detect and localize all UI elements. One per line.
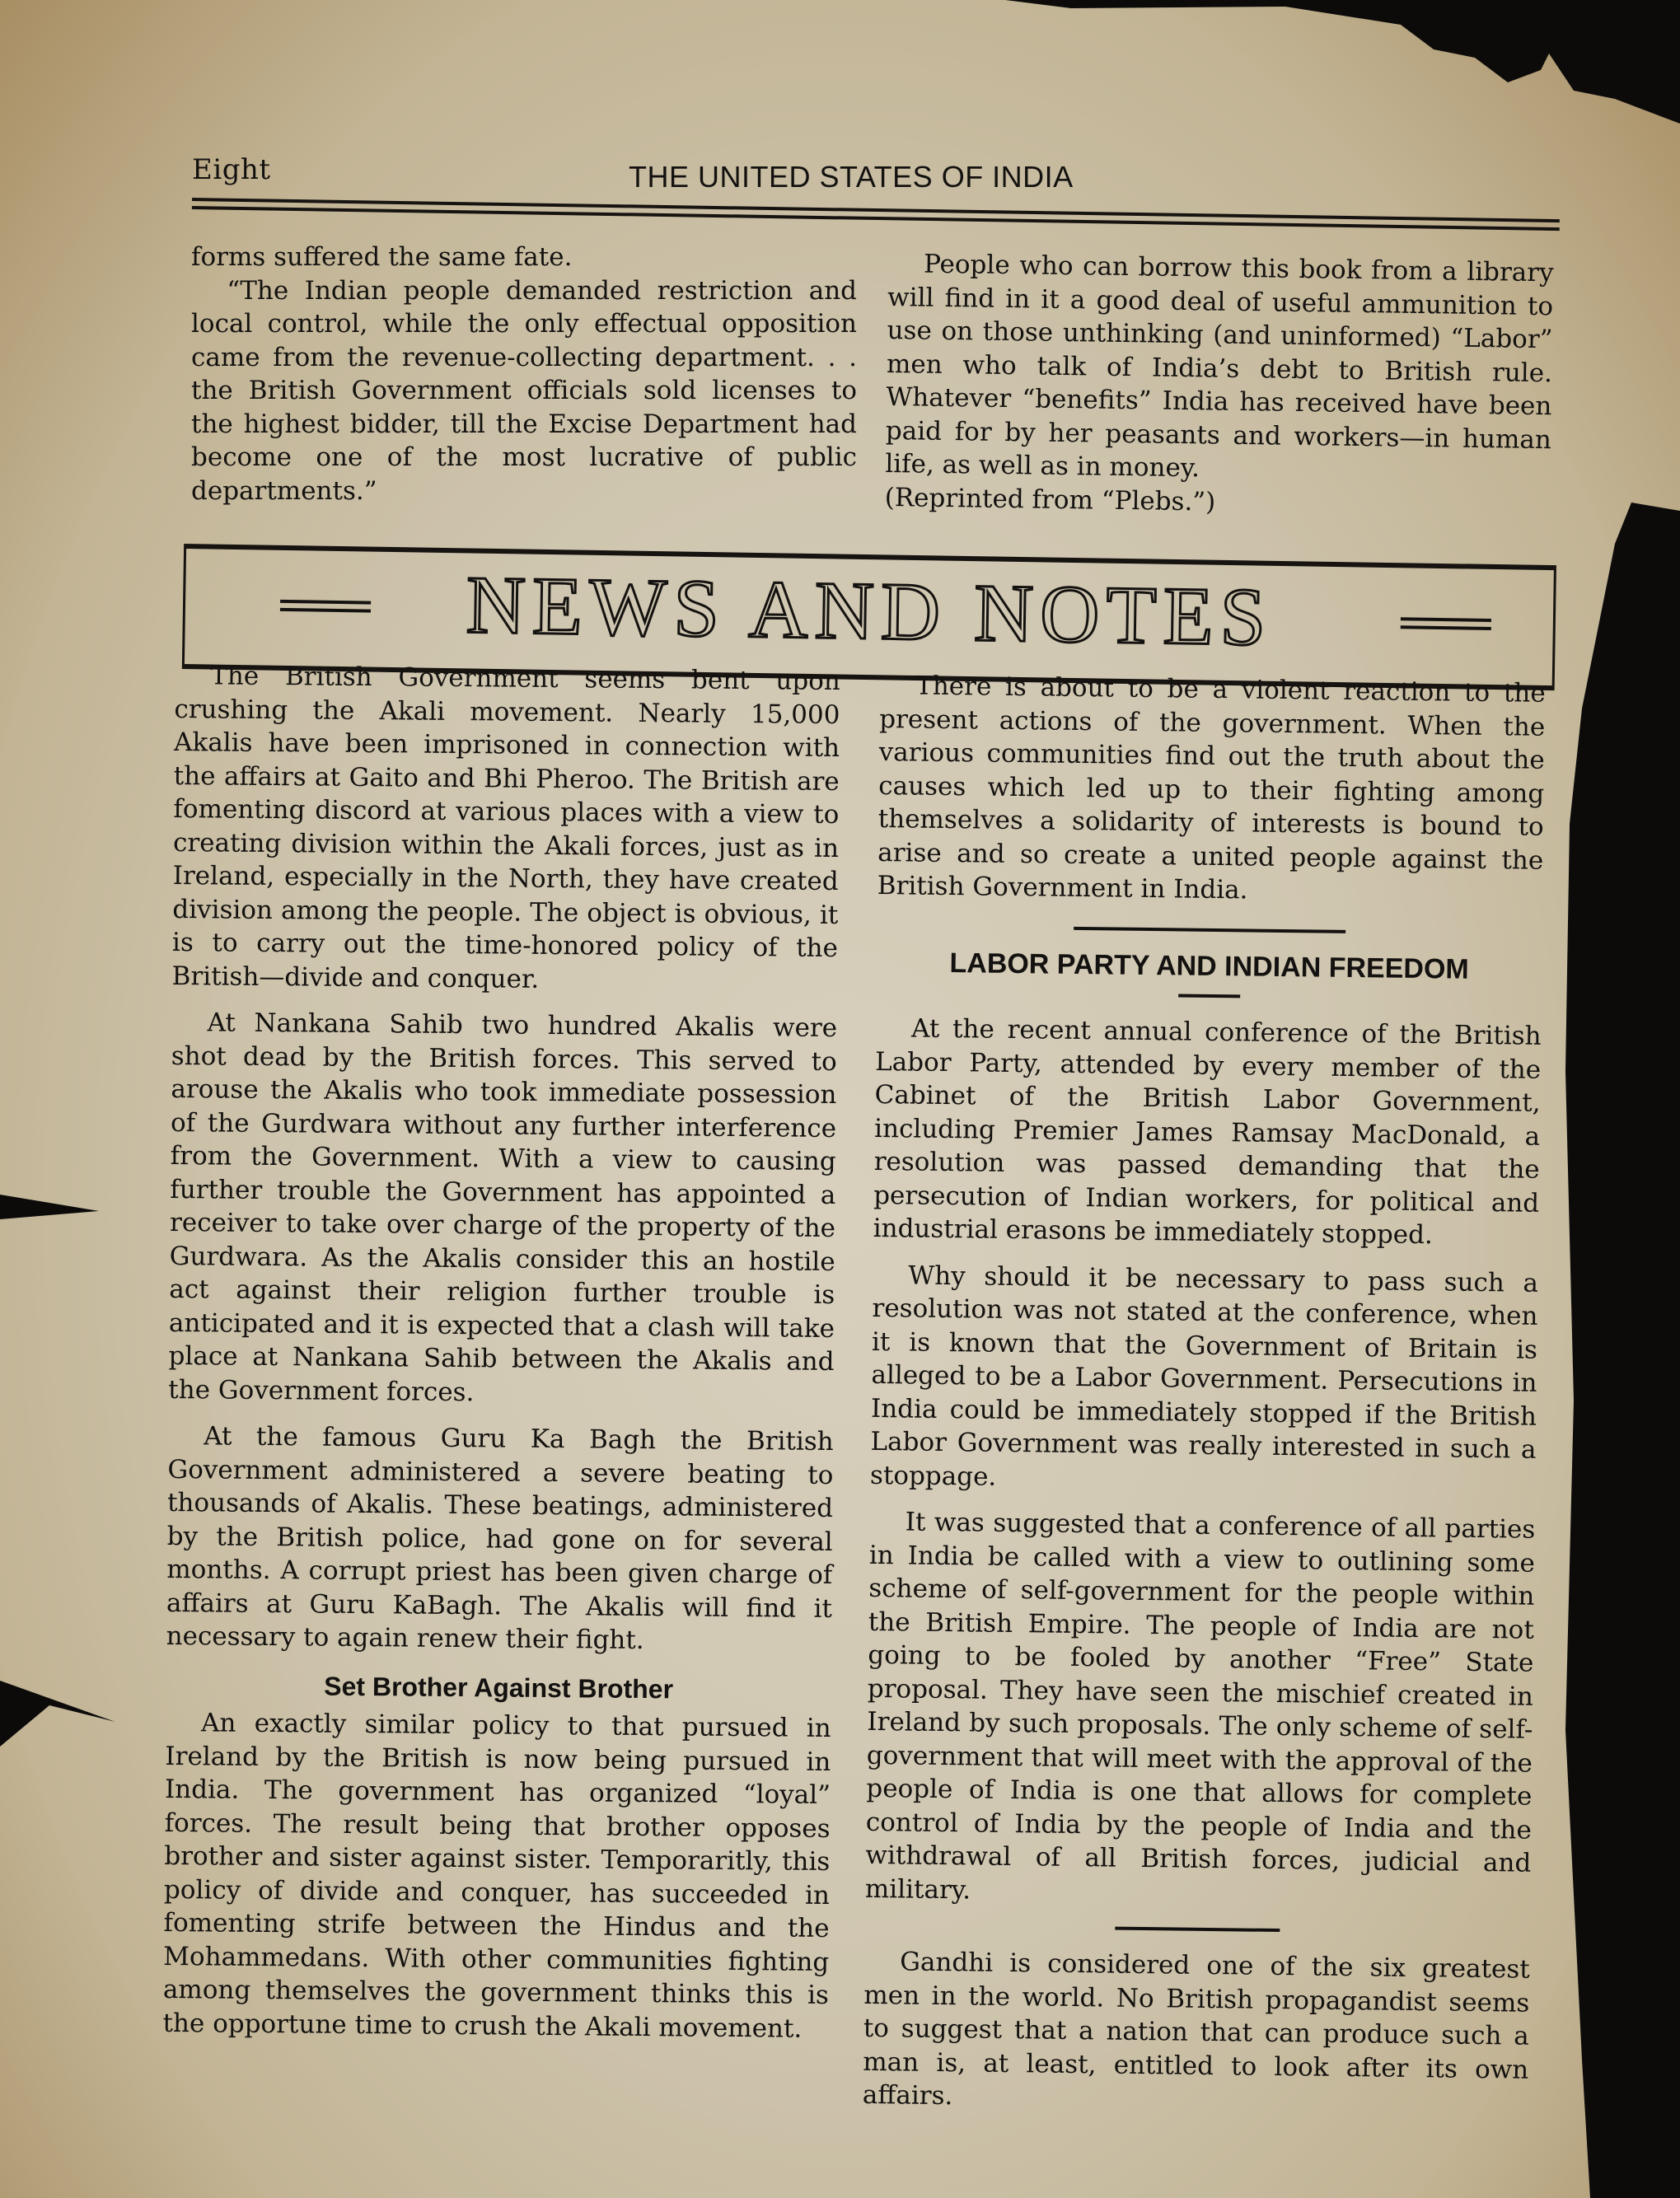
section-head-labor-party: LABOR PARTY AND INDIAN FREEDOM bbox=[876, 945, 1542, 986]
article-self-government: It was suggested that a conference of al… bbox=[865, 1505, 1536, 1914]
article-guru-ka-bagh: At the famous Guru Ka Bagh the British G… bbox=[166, 1419, 833, 1659]
right-column: There is about to be a violent reaction … bbox=[863, 669, 1546, 2120]
top-right-column: People who can borrow this book from a l… bbox=[884, 247, 1553, 523]
masthead-title: THE UNITED STATES OF INDIA bbox=[629, 160, 1074, 194]
running-head: Eight THE UNITED STATES OF INDIA bbox=[192, 150, 1560, 191]
article-why-resolution: Why should it be necessary to pass such … bbox=[870, 1258, 1538, 1499]
banner-title: NEWS AND NOTES bbox=[185, 555, 1554, 667]
section-divider bbox=[1074, 926, 1345, 933]
book-review-paragraph: People who can borrow this book from a l… bbox=[885, 247, 1554, 490]
continued-text: forms suffered the same fate. bbox=[191, 241, 857, 274]
article-set-brother: An exactly similar policy to that pursue… bbox=[162, 1706, 831, 2046]
article-nankana-sahib: At Nankana Sahib two hundred Akalis were… bbox=[168, 1006, 837, 1412]
article-labor-conference: At the recent annual conference of the B… bbox=[873, 1012, 1541, 1253]
banner-right-dash bbox=[1401, 617, 1491, 630]
subhead-set-brother-against-brother: Set Brother Against Brother bbox=[166, 1667, 831, 1707]
article-violent-reaction: There is about to be a violent reaction … bbox=[877, 669, 1546, 910]
page-number-label: Eight bbox=[192, 153, 271, 186]
closing-divider bbox=[1115, 1927, 1280, 1932]
quoted-paragraph: “The Indian people demanded restriction … bbox=[191, 274, 857, 508]
article-gandhi: Gandhi is considered one of the six grea… bbox=[863, 1945, 1530, 2120]
section-head-underline bbox=[1178, 994, 1240, 998]
top-left-column: forms suffered the same fate. “The India… bbox=[191, 241, 857, 507]
left-column: The British Government seems bent upon c… bbox=[162, 659, 840, 2046]
article-akali-movement: The British Government seems bent upon c… bbox=[171, 659, 840, 998]
